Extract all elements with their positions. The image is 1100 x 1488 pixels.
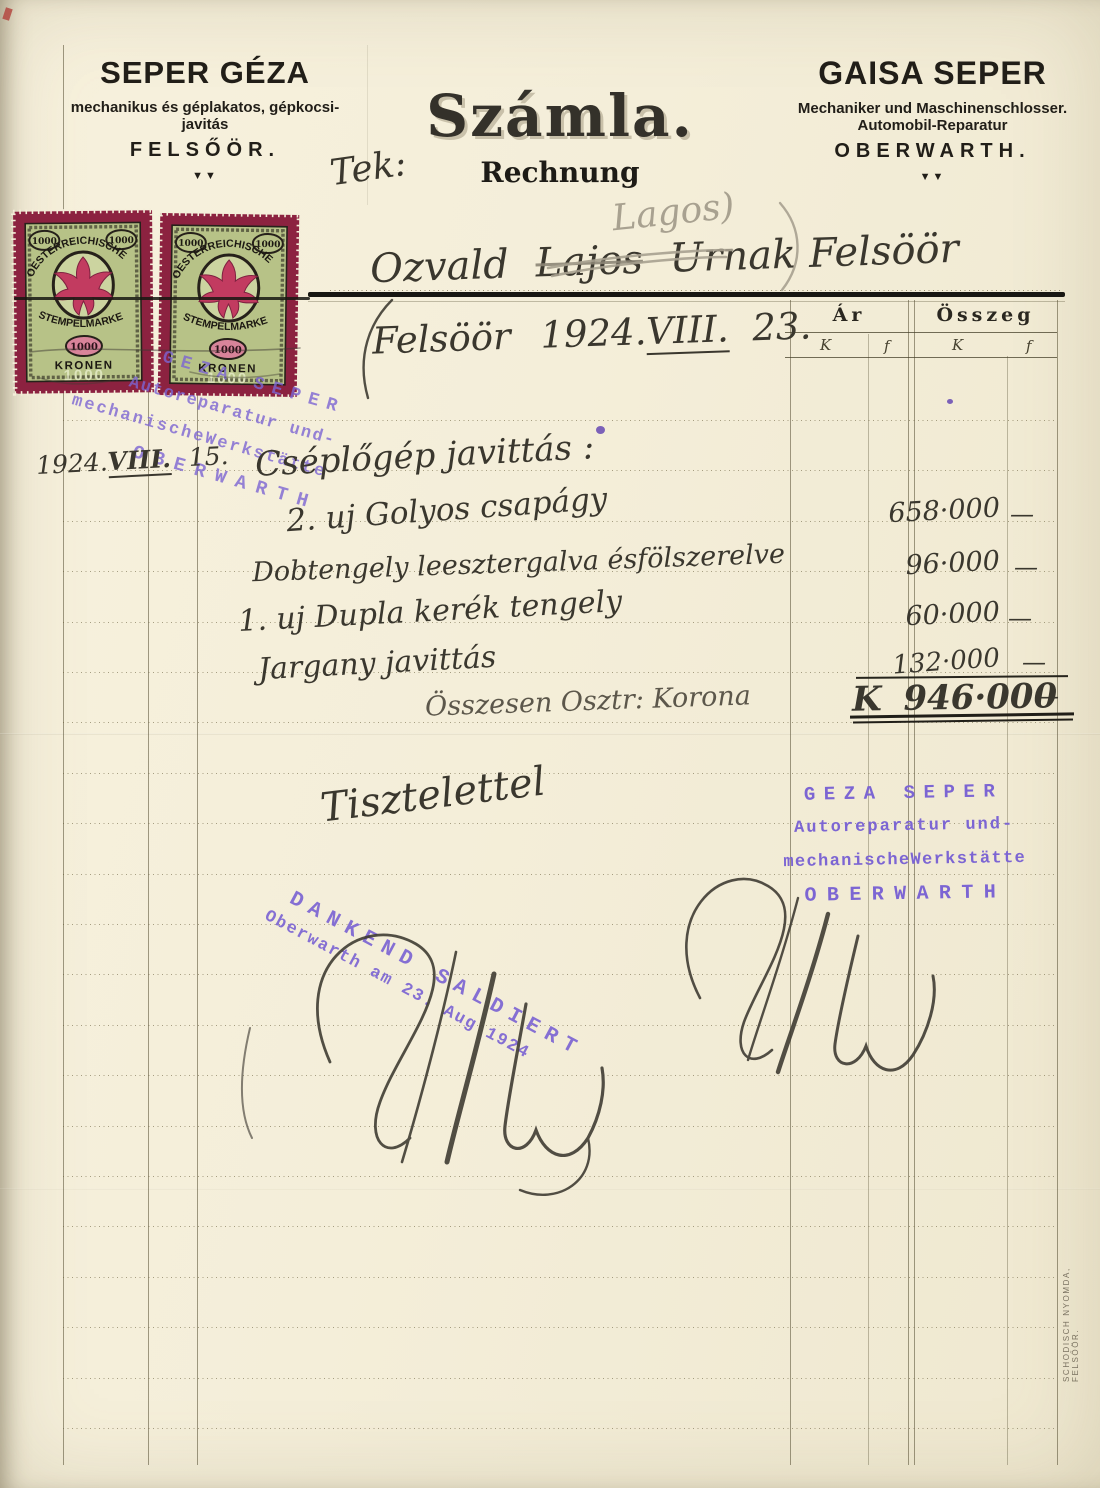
signature-right-tail (835, 936, 935, 1070)
cancel-scribble2 (40, 372, 280, 384)
pencil-paren (780, 203, 798, 290)
signature-right-loop (686, 879, 785, 1059)
signature-left-tail (505, 1004, 603, 1155)
signature-left-loop (317, 935, 434, 1148)
cancel-scribble1 (30, 348, 300, 352)
signature-left-stroke1 (402, 952, 456, 1162)
invoice-document: SEPER GÉZA mechanikus és géplakatos, gép… (0, 0, 1100, 1488)
dateline-flourish (364, 300, 392, 398)
signature-left-lead (242, 1028, 252, 1138)
signature-overlay (0, 0, 1100, 1488)
pencil-strikethrough (548, 250, 732, 276)
signature-right-stroke2 (778, 914, 828, 1072)
signature-left-stroke2 (447, 974, 494, 1162)
signature-left-tail2 (520, 1138, 590, 1195)
